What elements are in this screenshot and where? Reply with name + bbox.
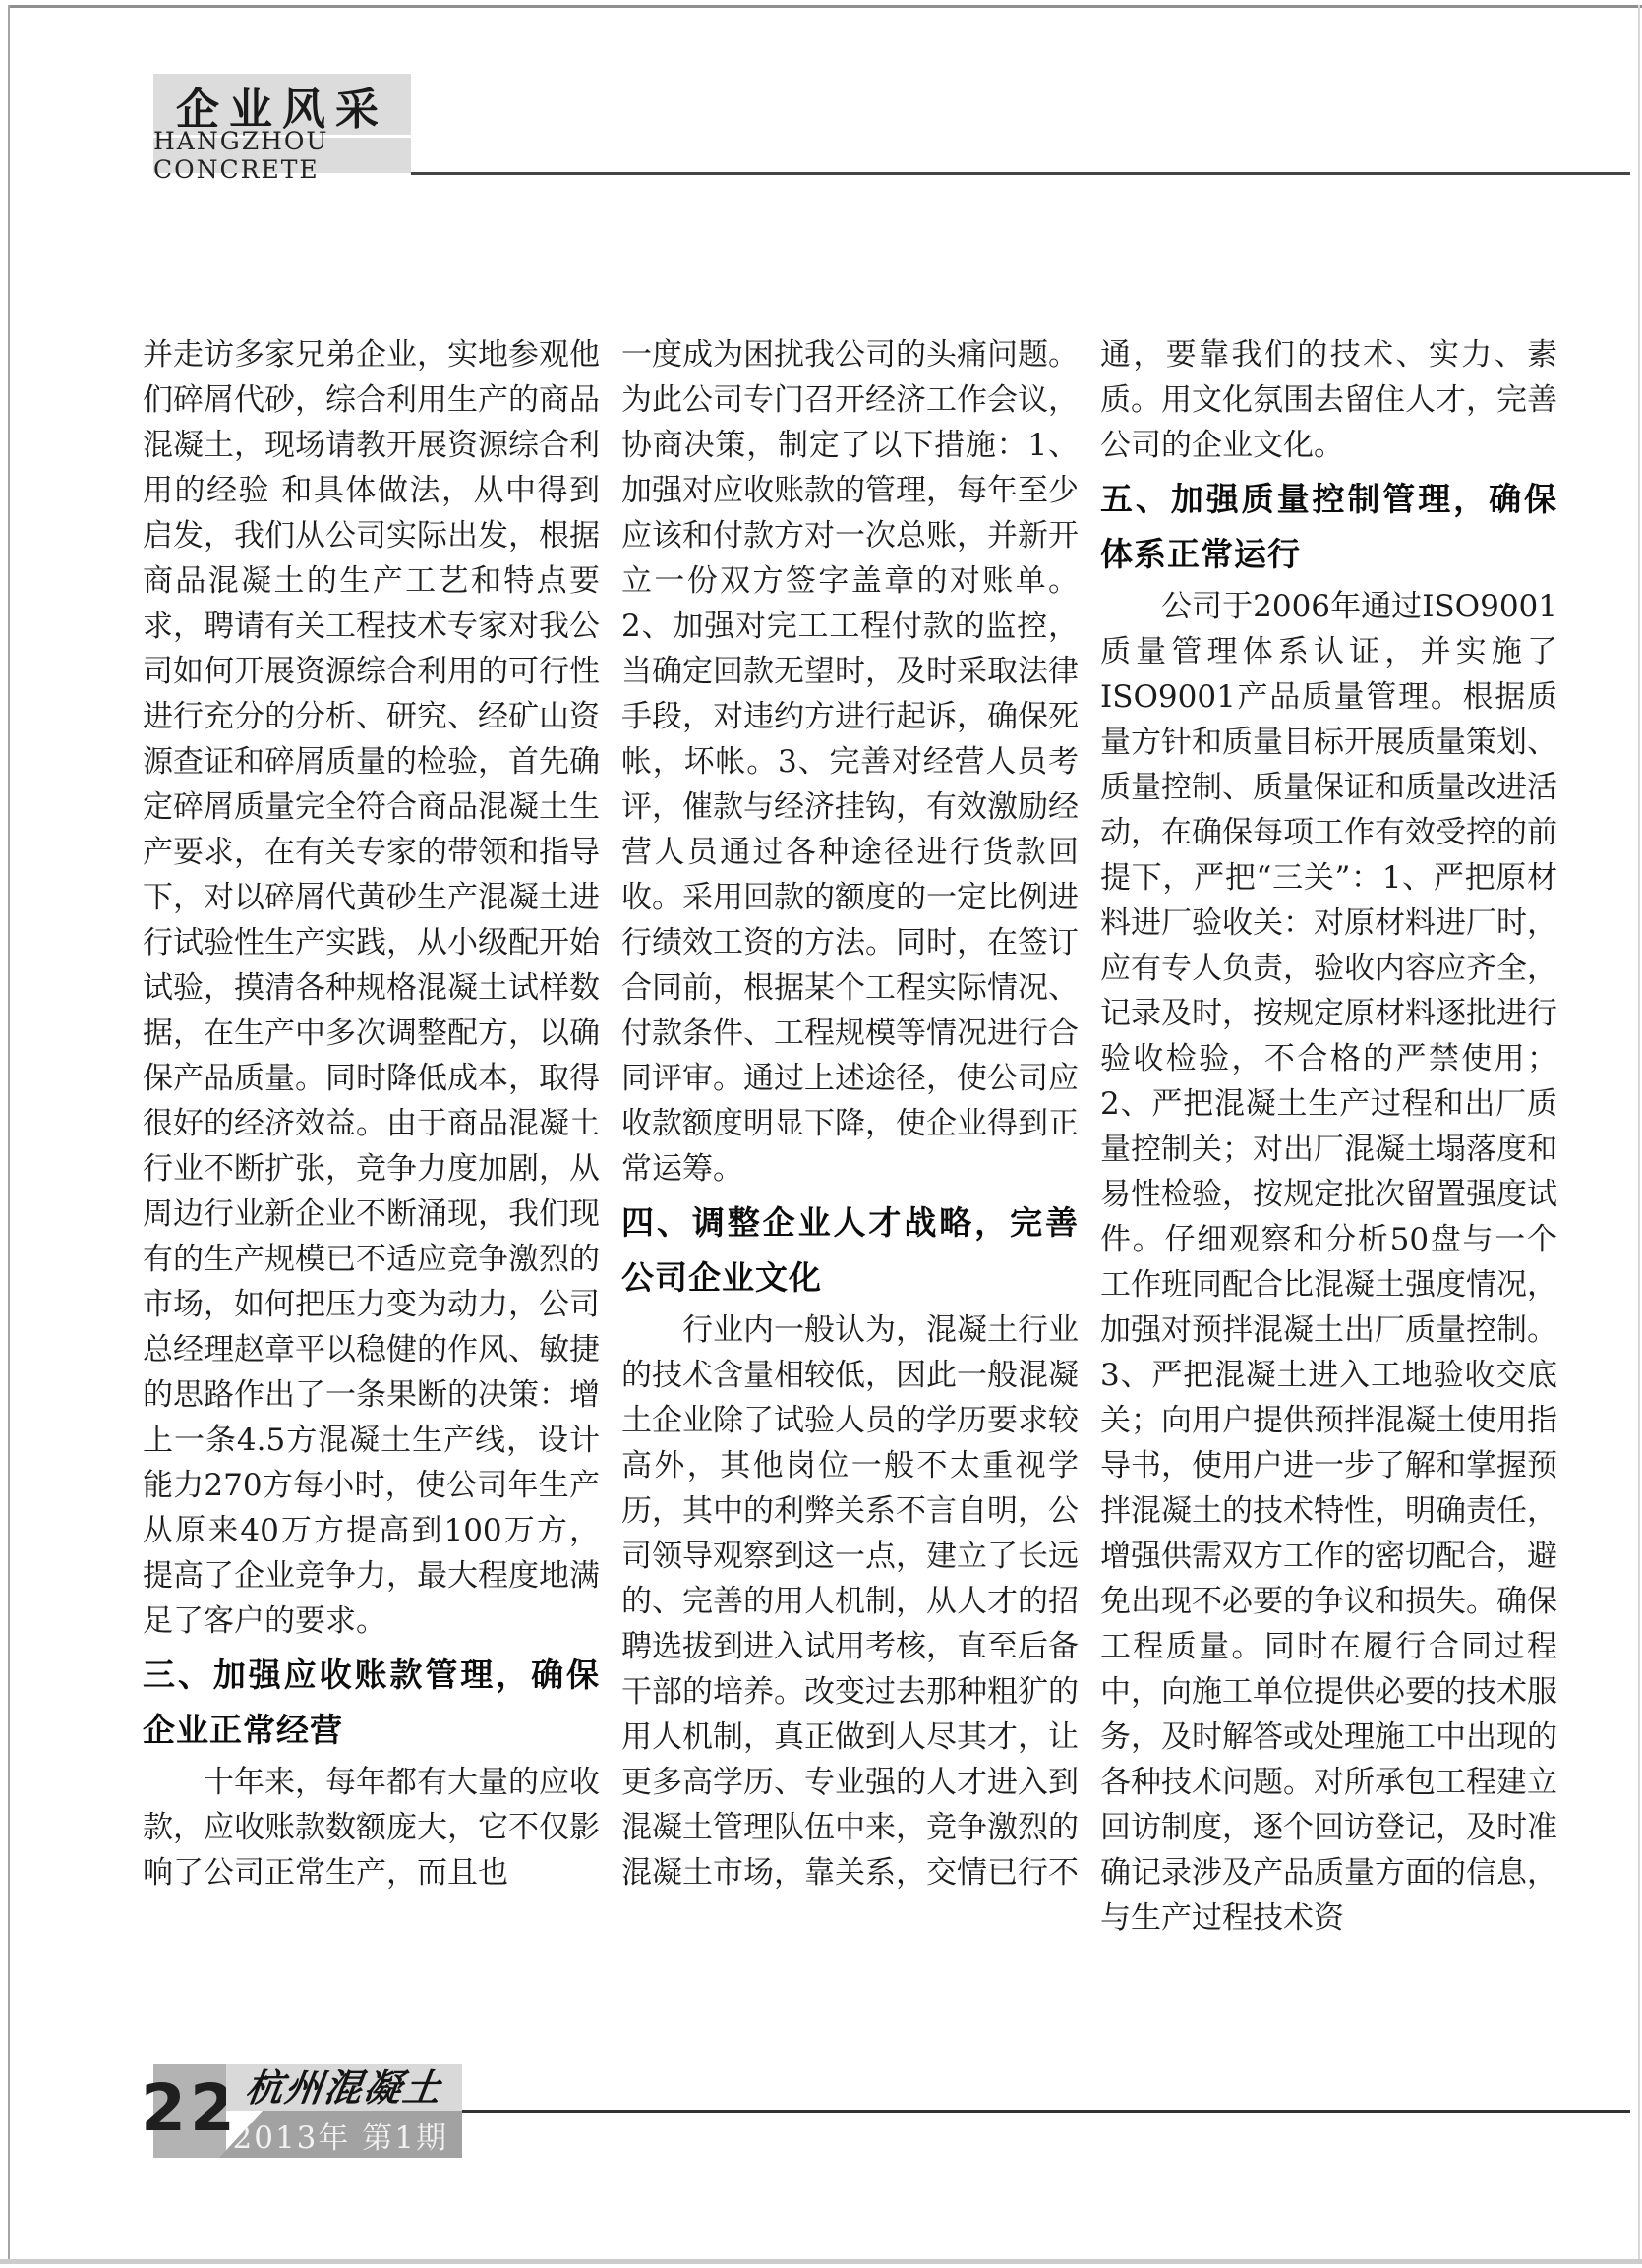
body-paragraph: 十年来，每年都有大量的应收款，应收账款数额庞大，它不仅影响了公司正常生产，而且也 — [143, 1760, 600, 1895]
page-number: 22 — [141, 2076, 239, 2158]
issue-text: 2013年 第1期 — [233, 2113, 448, 2157]
section-header-box: 企业风采 HANGZHOU CONCRETE — [153, 74, 411, 173]
body-paragraph: 公司于2006年通过ISO9001质量管理体系认证，并实施了ISO9001产品质… — [1100, 584, 1557, 1941]
text-column-1: 并走访多家兄弟企业，实地参观他们碎屑代砂，综合利用生产的商品混凝土，现场请教开展… — [143, 332, 600, 1976]
section-title: 企业风采 — [153, 74, 411, 135]
page-border-bottom — [0, 2259, 1642, 2264]
text-column-3: 通，要靠我们的技术、实力、素质。用文化氛围去留住人才，完善公司的企业文化。五、加… — [1100, 332, 1557, 1976]
page-border-right — [1638, 5, 1640, 2260]
journal-logo: 杭州混凝土 — [243, 2069, 444, 2107]
body-paragraph: 通，要靠我们的技术、实力、素质。用文化氛围去留住人才，完善公司的企业文化。 — [1100, 332, 1557, 468]
article-columns: 并走访多家兄弟企业，实地参观他们碎屑代砂，综合利用生产的商品混凝土，现场请教开展… — [143, 332, 1558, 1976]
section-heading: 五、加强质量控制管理，确保体系正常运行 — [1100, 472, 1557, 582]
body-paragraph: 并走访多家兄弟企业，实地参观他们碎屑代砂，综合利用生产的商品混凝土，现场请教开展… — [143, 332, 600, 1644]
page-number-box: 22 — [153, 2064, 226, 2158]
page-border-left — [8, 5, 10, 2260]
section-heading: 四、调整企业人才战略，完善公司企业文化 — [621, 1195, 1079, 1306]
section-heading: 三、加强应收账款管理，确保企业正常经营 — [143, 1648, 600, 1758]
text-column-2: 一度成为困扰我公司的头痛问题。为此公司专门召开经济工作会议，协商决策，制定了以下… — [621, 332, 1079, 1976]
issue-badge: 2013年 第1期 — [219, 2111, 462, 2158]
body-paragraph: 一度成为困扰我公司的头痛问题。为此公司专门召开经济工作会议，协商决策，制定了以下… — [621, 332, 1079, 1192]
header-divider-rule — [411, 172, 1630, 175]
section-subtitle: HANGZHOU CONCRETE — [153, 135, 411, 173]
magazine-page: 企业风采 HANGZHOU CONCRETE 并走访多家兄弟企业，实地参观他们碎… — [0, 0, 1642, 2268]
body-paragraph: 行业内一般认为，混凝土行业的技术含量相较低，因此一般混凝土企业除了试验人员的学历… — [621, 1308, 1079, 1895]
journal-logo-box: 杭州混凝土 — [226, 2064, 462, 2111]
footer-divider-rule — [462, 2110, 1630, 2113]
page-border-top — [8, 5, 1642, 8]
